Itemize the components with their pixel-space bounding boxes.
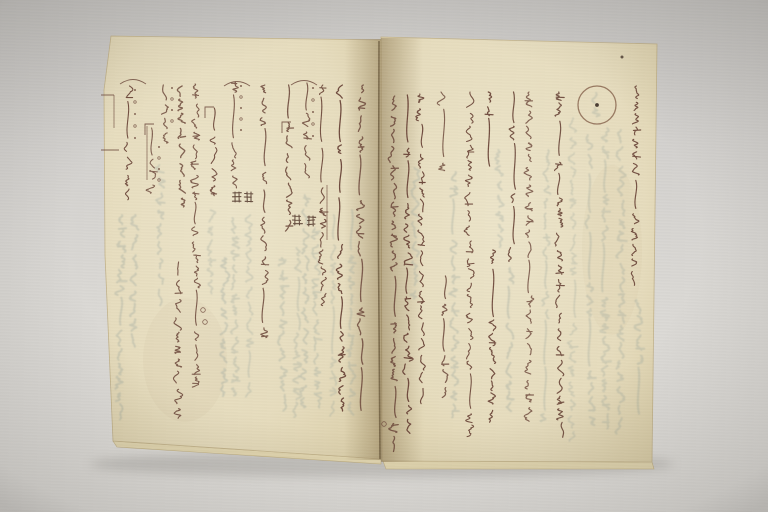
- annotation-dot: [171, 87, 173, 89]
- annotation-dot: [171, 109, 173, 111]
- gutter-fold: [344, 38, 423, 462]
- annotation-dot: [240, 129, 242, 131]
- annotation-dot: [158, 168, 160, 170]
- annotation-dot: [240, 107, 242, 109]
- annotation-dot: [312, 135, 314, 137]
- left-page: [104, 36, 381, 459]
- annotation-dot: [134, 113, 136, 115]
- annotation-dot: [312, 87, 314, 89]
- photo-scene: [0, 0, 768, 512]
- annotation-dot: [158, 146, 160, 148]
- annotation-dot: [134, 89, 136, 91]
- manuscript-book-spread: [0, 0, 768, 512]
- annotation-dot: [240, 85, 242, 87]
- annotation-dot: [134, 137, 136, 139]
- annotation-dot: [312, 111, 314, 113]
- stamp-center-dot: [595, 103, 599, 107]
- paper-stain: [143, 298, 227, 422]
- ink-speck: [621, 56, 624, 59]
